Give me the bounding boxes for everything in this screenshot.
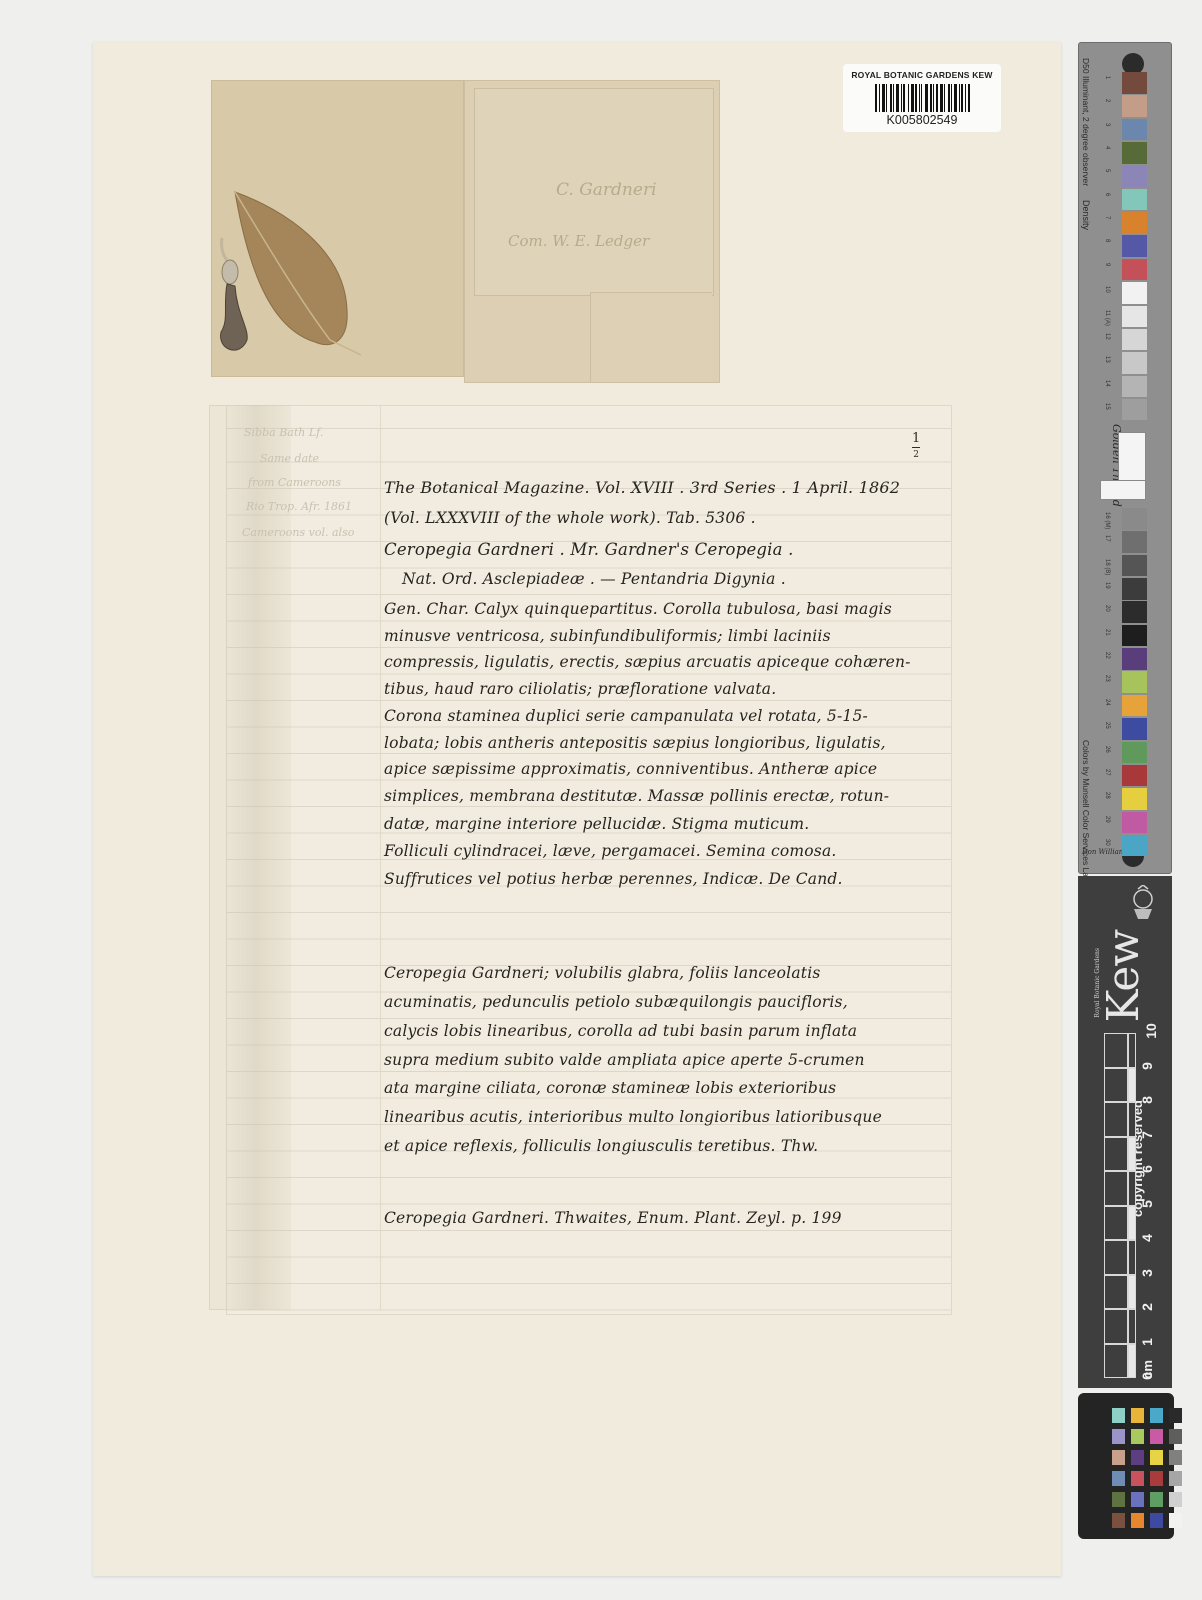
color-swatch-number: 21 xyxy=(1104,629,1110,636)
color-checker-patch xyxy=(1131,1408,1144,1423)
color-swatch-number: 18 (B) xyxy=(1104,559,1110,575)
color-checker-patch xyxy=(1169,1492,1182,1507)
manuscript-line: Ceropegia Gardneri . Mr. Gardner's Cerop… xyxy=(384,540,944,559)
color-checker-patch xyxy=(1131,1450,1144,1465)
ruler-cm-block xyxy=(1104,1309,1128,1344)
color-swatch xyxy=(1122,235,1147,257)
manuscript-line: Suffrutices vel potius herbæ perennes, I… xyxy=(384,870,944,888)
ruler-number: 1 xyxy=(1139,1338,1155,1346)
ruler-number: 6 xyxy=(1139,1165,1155,1173)
color-swatch-number: 25 xyxy=(1104,722,1110,729)
color-swatch-number: 28 xyxy=(1104,792,1110,799)
scale-target xyxy=(1100,480,1146,500)
ruler-cm-block xyxy=(1104,1102,1128,1137)
color-swatch-number: 22 xyxy=(1104,652,1110,659)
color-checker-patch xyxy=(1169,1471,1182,1486)
ruler-strip xyxy=(1128,1240,1136,1275)
color-swatch xyxy=(1122,142,1147,164)
manuscript-line: minusve ventricosa, subinfundibuliformis… xyxy=(384,627,944,645)
manuscript-line: Nat. Ord. Asclepiadeæ . — Pentandria Dig… xyxy=(402,570,962,588)
color-swatch-number: 14 xyxy=(1104,380,1110,387)
color-swatch-number: 20 xyxy=(1104,605,1110,612)
color-swatch-number: 19 xyxy=(1104,582,1110,589)
color-swatch-number: 15 xyxy=(1104,403,1110,410)
color-swatch xyxy=(1122,399,1147,421)
manuscript-line: et apice reflexis, folliculis longiuscul… xyxy=(384,1137,944,1155)
color-swatch xyxy=(1122,165,1147,187)
color-swatch xyxy=(1122,189,1147,211)
margin-note-line: Cameroons vol. also xyxy=(242,526,354,539)
color-swatch-number: 30 xyxy=(1104,839,1110,846)
manuscript-line: datæ, margine interiore pellucidæ. Stigm… xyxy=(384,815,944,833)
ruler-number: 9 xyxy=(1139,1062,1155,1070)
margin-note-line: Sibba Bath Lf. xyxy=(244,426,323,439)
ruler-cm-block xyxy=(1104,1033,1128,1068)
ruler-number: 7 xyxy=(1139,1131,1155,1139)
color-swatch xyxy=(1122,601,1147,623)
ruler-strip xyxy=(1128,1275,1136,1310)
manuscript-line: supra medium subito valde ampliata apice… xyxy=(384,1051,944,1069)
density-label: Density xyxy=(1081,200,1091,230)
ruler-strip xyxy=(1128,1102,1136,1137)
color-swatch xyxy=(1122,765,1147,787)
color-swatch-number: 9 xyxy=(1104,263,1110,266)
color-swatch-number: 12 xyxy=(1104,333,1110,340)
manuscript-line: linearibus acutis, interioribus multo lo… xyxy=(384,1108,944,1126)
color-swatch-number: 24 xyxy=(1104,699,1110,706)
color-checker-patch xyxy=(1131,1513,1144,1528)
color-swatch xyxy=(1122,329,1147,351)
ruler-strip xyxy=(1128,1206,1136,1241)
color-checker-patch xyxy=(1169,1408,1182,1423)
kew-logo-subtitle: Royal Botanic Gardens xyxy=(1094,948,1101,1018)
manuscript-line: (Vol. LXXXVIII of the whole work). Tab. … xyxy=(384,509,944,527)
color-swatch-number: 5 xyxy=(1104,169,1110,172)
color-checker-patch xyxy=(1150,1492,1163,1507)
ruler-cm-block xyxy=(1104,1137,1128,1172)
color-checker-patch xyxy=(1112,1513,1125,1528)
manuscript-line: simplices, membrana destitutæ. Massæ pol… xyxy=(384,787,944,805)
margin-note-line: from Cameroons xyxy=(248,476,341,489)
color-swatch xyxy=(1122,306,1147,328)
manuscript-line: lobata; lobis antheris antepositis sæpiu… xyxy=(384,734,944,752)
color-swatch-number: 16 (M) xyxy=(1104,512,1110,529)
ruler-cm-block xyxy=(1104,1206,1128,1241)
color-swatch xyxy=(1122,648,1147,670)
manuscript-line: acuminatis, pedunculis petiolo subæquilo… xyxy=(384,993,944,1011)
color-swatch xyxy=(1122,259,1147,281)
munsell-label: Colors by Munsell Color Services Lab xyxy=(1081,740,1091,882)
color-swatch xyxy=(1122,835,1147,857)
color-swatch-number: 7 xyxy=(1104,216,1110,219)
color-swatch-number: 17 xyxy=(1104,535,1110,542)
barcode-icon xyxy=(875,84,970,112)
ruler-unit: cm xyxy=(1140,1360,1155,1379)
ruler-strip xyxy=(1128,1171,1136,1206)
color-swatch xyxy=(1122,555,1147,577)
color-checker-patch xyxy=(1131,1492,1144,1507)
color-checker-patch xyxy=(1131,1429,1144,1444)
ruler-cm-block xyxy=(1104,1068,1128,1103)
color-checker-patch xyxy=(1112,1492,1125,1507)
manuscript-line: Gen. Char. Calyx quinquepartitus. Coroll… xyxy=(384,600,944,618)
color-swatch xyxy=(1122,718,1147,740)
color-swatch-number: 1 xyxy=(1104,76,1110,79)
color-checker-patch xyxy=(1112,1429,1125,1444)
color-checker-patch xyxy=(1150,1513,1163,1528)
illuminant-label: D50 Illuminant, 2 degree observer xyxy=(1081,58,1091,186)
color-swatch-number: 8 xyxy=(1104,239,1110,242)
color-swatch-number: 23 xyxy=(1104,675,1110,682)
color-swatch xyxy=(1122,508,1147,530)
ruler-cm-block xyxy=(1104,1240,1128,1275)
ruler-number: 4 xyxy=(1139,1234,1155,1242)
manuscript-line: Corona staminea duplici serie campanulat… xyxy=(384,707,944,725)
manuscript-line: compressis, ligulatis, erectis, sæpius a… xyxy=(384,653,944,671)
pressed-leaf-and-flower-icon xyxy=(215,190,375,370)
kew-logo: Kew xyxy=(1098,930,1149,1022)
manuscript-margin-line xyxy=(380,405,381,1310)
barcode-label: ROYAL BOTANIC GARDENS KEW K005802549 xyxy=(843,64,1001,132)
packet-annotation-name: C. Gardneri xyxy=(556,180,657,200)
color-swatch xyxy=(1122,742,1147,764)
ruler-number: 8 xyxy=(1139,1096,1155,1104)
manuscript-line: Folliculi cylindracei, læve, pergamacei.… xyxy=(384,842,944,860)
barcode-number: K005802549 xyxy=(887,113,958,127)
ruler-strip xyxy=(1128,1068,1136,1103)
color-swatch xyxy=(1122,212,1147,234)
ruler-number: 2 xyxy=(1139,1303,1155,1311)
ruler-strip xyxy=(1128,1137,1136,1172)
color-swatch xyxy=(1122,72,1147,94)
ruler-number: 5 xyxy=(1139,1200,1155,1208)
color-swatch xyxy=(1122,788,1147,810)
color-swatch xyxy=(1122,376,1147,398)
color-checker-patch xyxy=(1150,1408,1163,1423)
packet-bottom-flap xyxy=(590,292,712,382)
color-swatch xyxy=(1122,352,1147,374)
color-checker-patch xyxy=(1150,1471,1163,1486)
margin-note-line: Rio Trop. Afr. 1861 xyxy=(246,500,352,513)
manuscript-line: Ceropegia Gardneri. Thwaites, Enum. Plan… xyxy=(384,1209,944,1227)
color-swatch-number: 13 xyxy=(1104,356,1110,363)
manuscript-line: calycis lobis linearibus, corolla ad tub… xyxy=(384,1022,944,1040)
color-swatch xyxy=(1122,671,1147,693)
color-swatch-number: 6 xyxy=(1104,193,1110,196)
manuscript-margin-stain xyxy=(226,405,291,1310)
color-checker-patch xyxy=(1150,1450,1163,1465)
color-swatch xyxy=(1122,578,1147,600)
color-swatch-number: 2 xyxy=(1104,99,1110,102)
color-swatch-number: 3 xyxy=(1104,123,1110,126)
color-swatch-number: 10 xyxy=(1104,286,1110,293)
manuscript-line: apice sæpissime approximatis, conniventi… xyxy=(384,760,944,778)
color-checker-patch xyxy=(1131,1471,1144,1486)
manuscript-line: tibus, haud raro ciliolatis; præfloratio… xyxy=(384,680,944,698)
color-swatch-number: 27 xyxy=(1104,769,1110,776)
manuscript-line: ata margine ciliata, coronæ stamineæ lob… xyxy=(384,1079,944,1097)
color-checker-patch xyxy=(1169,1429,1182,1444)
color-checker-patch xyxy=(1169,1513,1182,1528)
ruler-number: 3 xyxy=(1139,1269,1155,1277)
color-checker-patch xyxy=(1150,1429,1163,1444)
color-swatch-number: 26 xyxy=(1104,746,1110,753)
ruler-cm-block xyxy=(1104,1171,1128,1206)
ruler-cm-block xyxy=(1104,1275,1128,1310)
color-swatch xyxy=(1122,812,1147,834)
color-checker-patch xyxy=(1169,1450,1182,1465)
color-swatch xyxy=(1122,95,1147,117)
ruler-cm-block xyxy=(1104,1344,1128,1379)
ruler-strip xyxy=(1128,1033,1136,1068)
ruler-number: 10 xyxy=(1143,1023,1159,1039)
page-number: 1 2 xyxy=(912,432,920,460)
ruler-strip xyxy=(1128,1344,1136,1379)
color-swatch xyxy=(1122,625,1147,647)
color-checker-patch xyxy=(1112,1471,1125,1486)
packet-annotation-collector: Com. W. E. Ledger xyxy=(508,232,649,250)
color-swatch-number: 4 xyxy=(1104,146,1110,149)
color-checker-patch xyxy=(1112,1408,1125,1423)
color-swatch xyxy=(1122,695,1147,717)
manuscript-line: The Botanical Magazine. Vol. XVIII . 3rd… xyxy=(384,478,944,497)
color-swatch-number: 11 (A) xyxy=(1104,310,1110,326)
color-swatch-number: 29 xyxy=(1104,816,1110,823)
institution-name: ROYAL BOTANIC GARDENS KEW xyxy=(851,70,992,80)
color-swatch xyxy=(1122,119,1147,141)
ruler-strip xyxy=(1128,1309,1136,1344)
royal-crest-icon xyxy=(1128,885,1158,921)
color-swatch xyxy=(1122,531,1147,553)
manuscript-line: Ceropegia Gardneri; volubilis glabra, fo… xyxy=(384,964,944,982)
color-swatch xyxy=(1122,282,1147,304)
margin-note-line: Same date xyxy=(260,452,319,465)
color-checker-patch xyxy=(1112,1450,1125,1465)
